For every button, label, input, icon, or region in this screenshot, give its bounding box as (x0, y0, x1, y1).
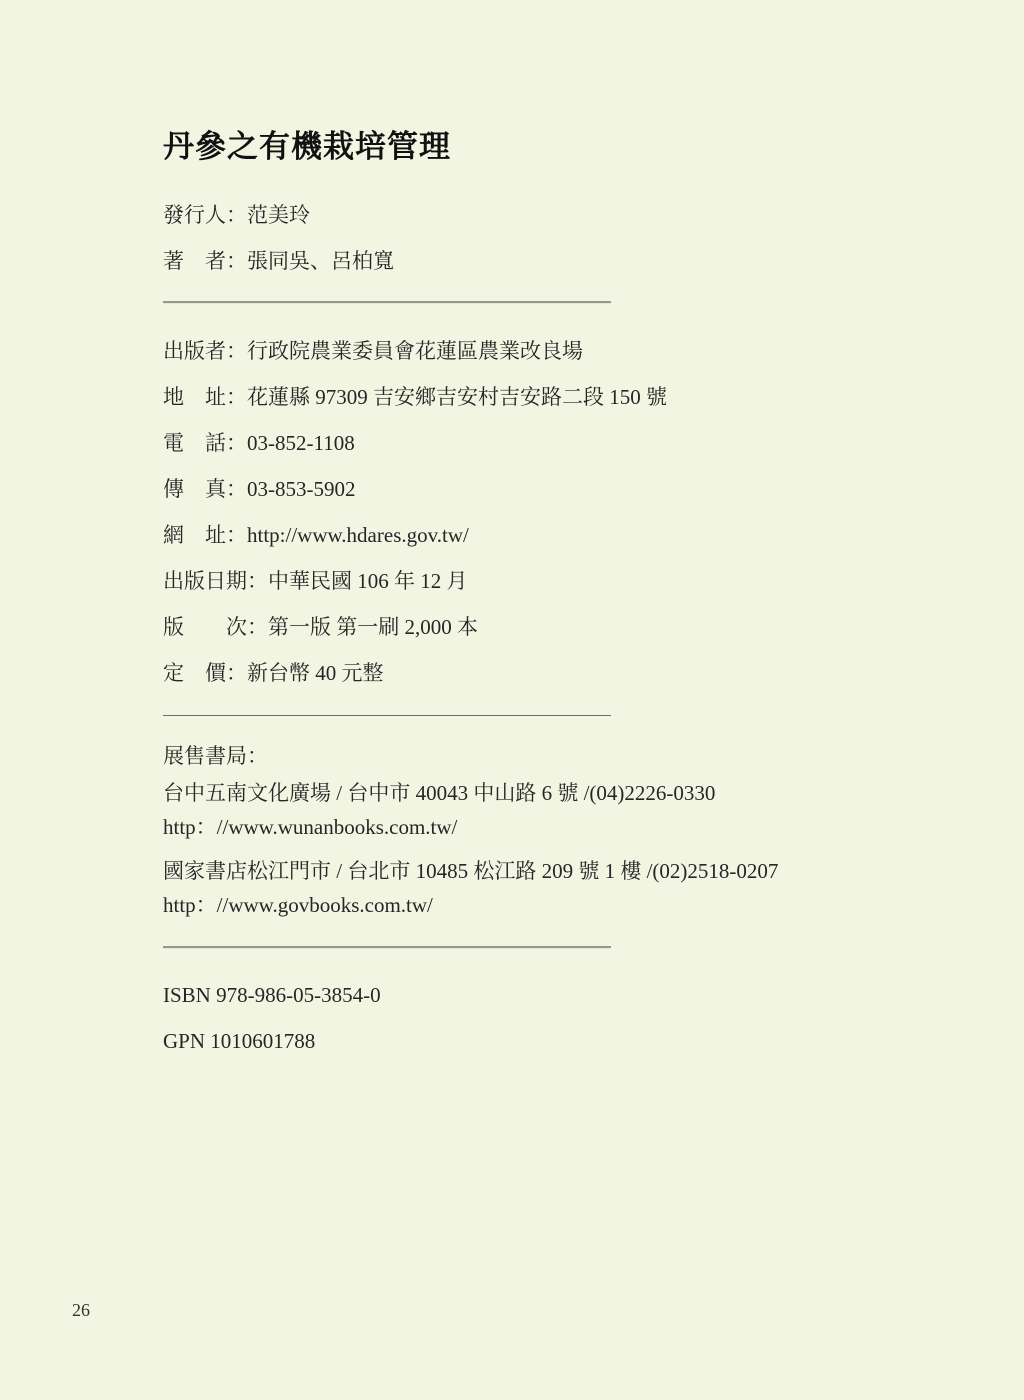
bookstore-url: http：//www.wunanbooks.com.tw/ (163, 810, 863, 844)
divider-top (163, 301, 611, 304)
bookstore-info: 國家書店松江門市 / 台北市 10485 松江路 209 號 1 樓 /(02)… (163, 854, 863, 888)
divider-bottom (163, 946, 611, 949)
bookstores-heading: 展售書局： (163, 736, 863, 776)
colophon-page: 丹參之有機栽培管理 發行人：范美玲 著 者：張同吳、呂柏寬 出版者：行政院農業委… (0, 0, 1024, 1400)
bookstore-url: http：//www.govbooks.com.tw/ (163, 888, 863, 922)
price-line: 定 價：新台幣 40 元整 (163, 650, 863, 696)
bookstore-info: 台中五南文化廣場 / 台中市 40043 中山路 6 號 /(04)2226-0… (163, 776, 863, 810)
publication-section: 出版者：行政院農業委員會花蓮區農業改良場 地 址：花蓮縣 97309 吉安鄉吉安… (163, 328, 863, 696)
publish-date-line: 出版日期：中華民國 106 年 12 月 (163, 558, 863, 604)
front-matter-section: 發行人：范美玲 著 者：張同吳、呂柏寬 (163, 192, 863, 284)
page-number: 26 (72, 1300, 90, 1321)
identifiers-section: ISBN 978-986-05-3854-0 GPN 1010601788 (163, 972, 863, 1064)
phone-line: 電 話：03-852-1108 (163, 420, 863, 466)
fax-line: 傳 真：03-853-5902 (163, 466, 863, 512)
divider-middle (163, 715, 611, 716)
edition-line: 版 次：第一版 第一刷 2,000 本 (163, 604, 863, 650)
isbn-line: ISBN 978-986-05-3854-0 (163, 972, 863, 1018)
bookstores-section: 展售書局： 台中五南文化廣場 / 台中市 40043 中山路 6 號 /(04)… (163, 736, 863, 922)
bookstore-entry: 台中五南文化廣場 / 台中市 40043 中山路 6 號 /(04)2226-0… (163, 776, 863, 844)
website-line: 網 址：http://www.hdares.gov.tw/ (163, 512, 863, 558)
issuer-line: 發行人：范美玲 (163, 192, 863, 238)
bookstore-entry: 國家書店松江門市 / 台北市 10485 松江路 209 號 1 樓 /(02)… (163, 854, 863, 922)
author-line: 著 者：張同吳、呂柏寬 (163, 238, 863, 284)
colophon-content: 丹參之有機栽培管理 發行人：范美玲 著 者：張同吳、呂柏寬 出版者：行政院農業委… (163, 130, 863, 1064)
gpn-line: GPN 1010601788 (163, 1018, 863, 1064)
publisher-line: 出版者：行政院農業委員會花蓮區農業改良場 (163, 328, 863, 374)
address-line: 地 址：花蓮縣 97309 吉安鄉吉安村吉安路二段 150 號 (163, 374, 863, 420)
book-title: 丹參之有機栽培管理 (163, 130, 863, 164)
